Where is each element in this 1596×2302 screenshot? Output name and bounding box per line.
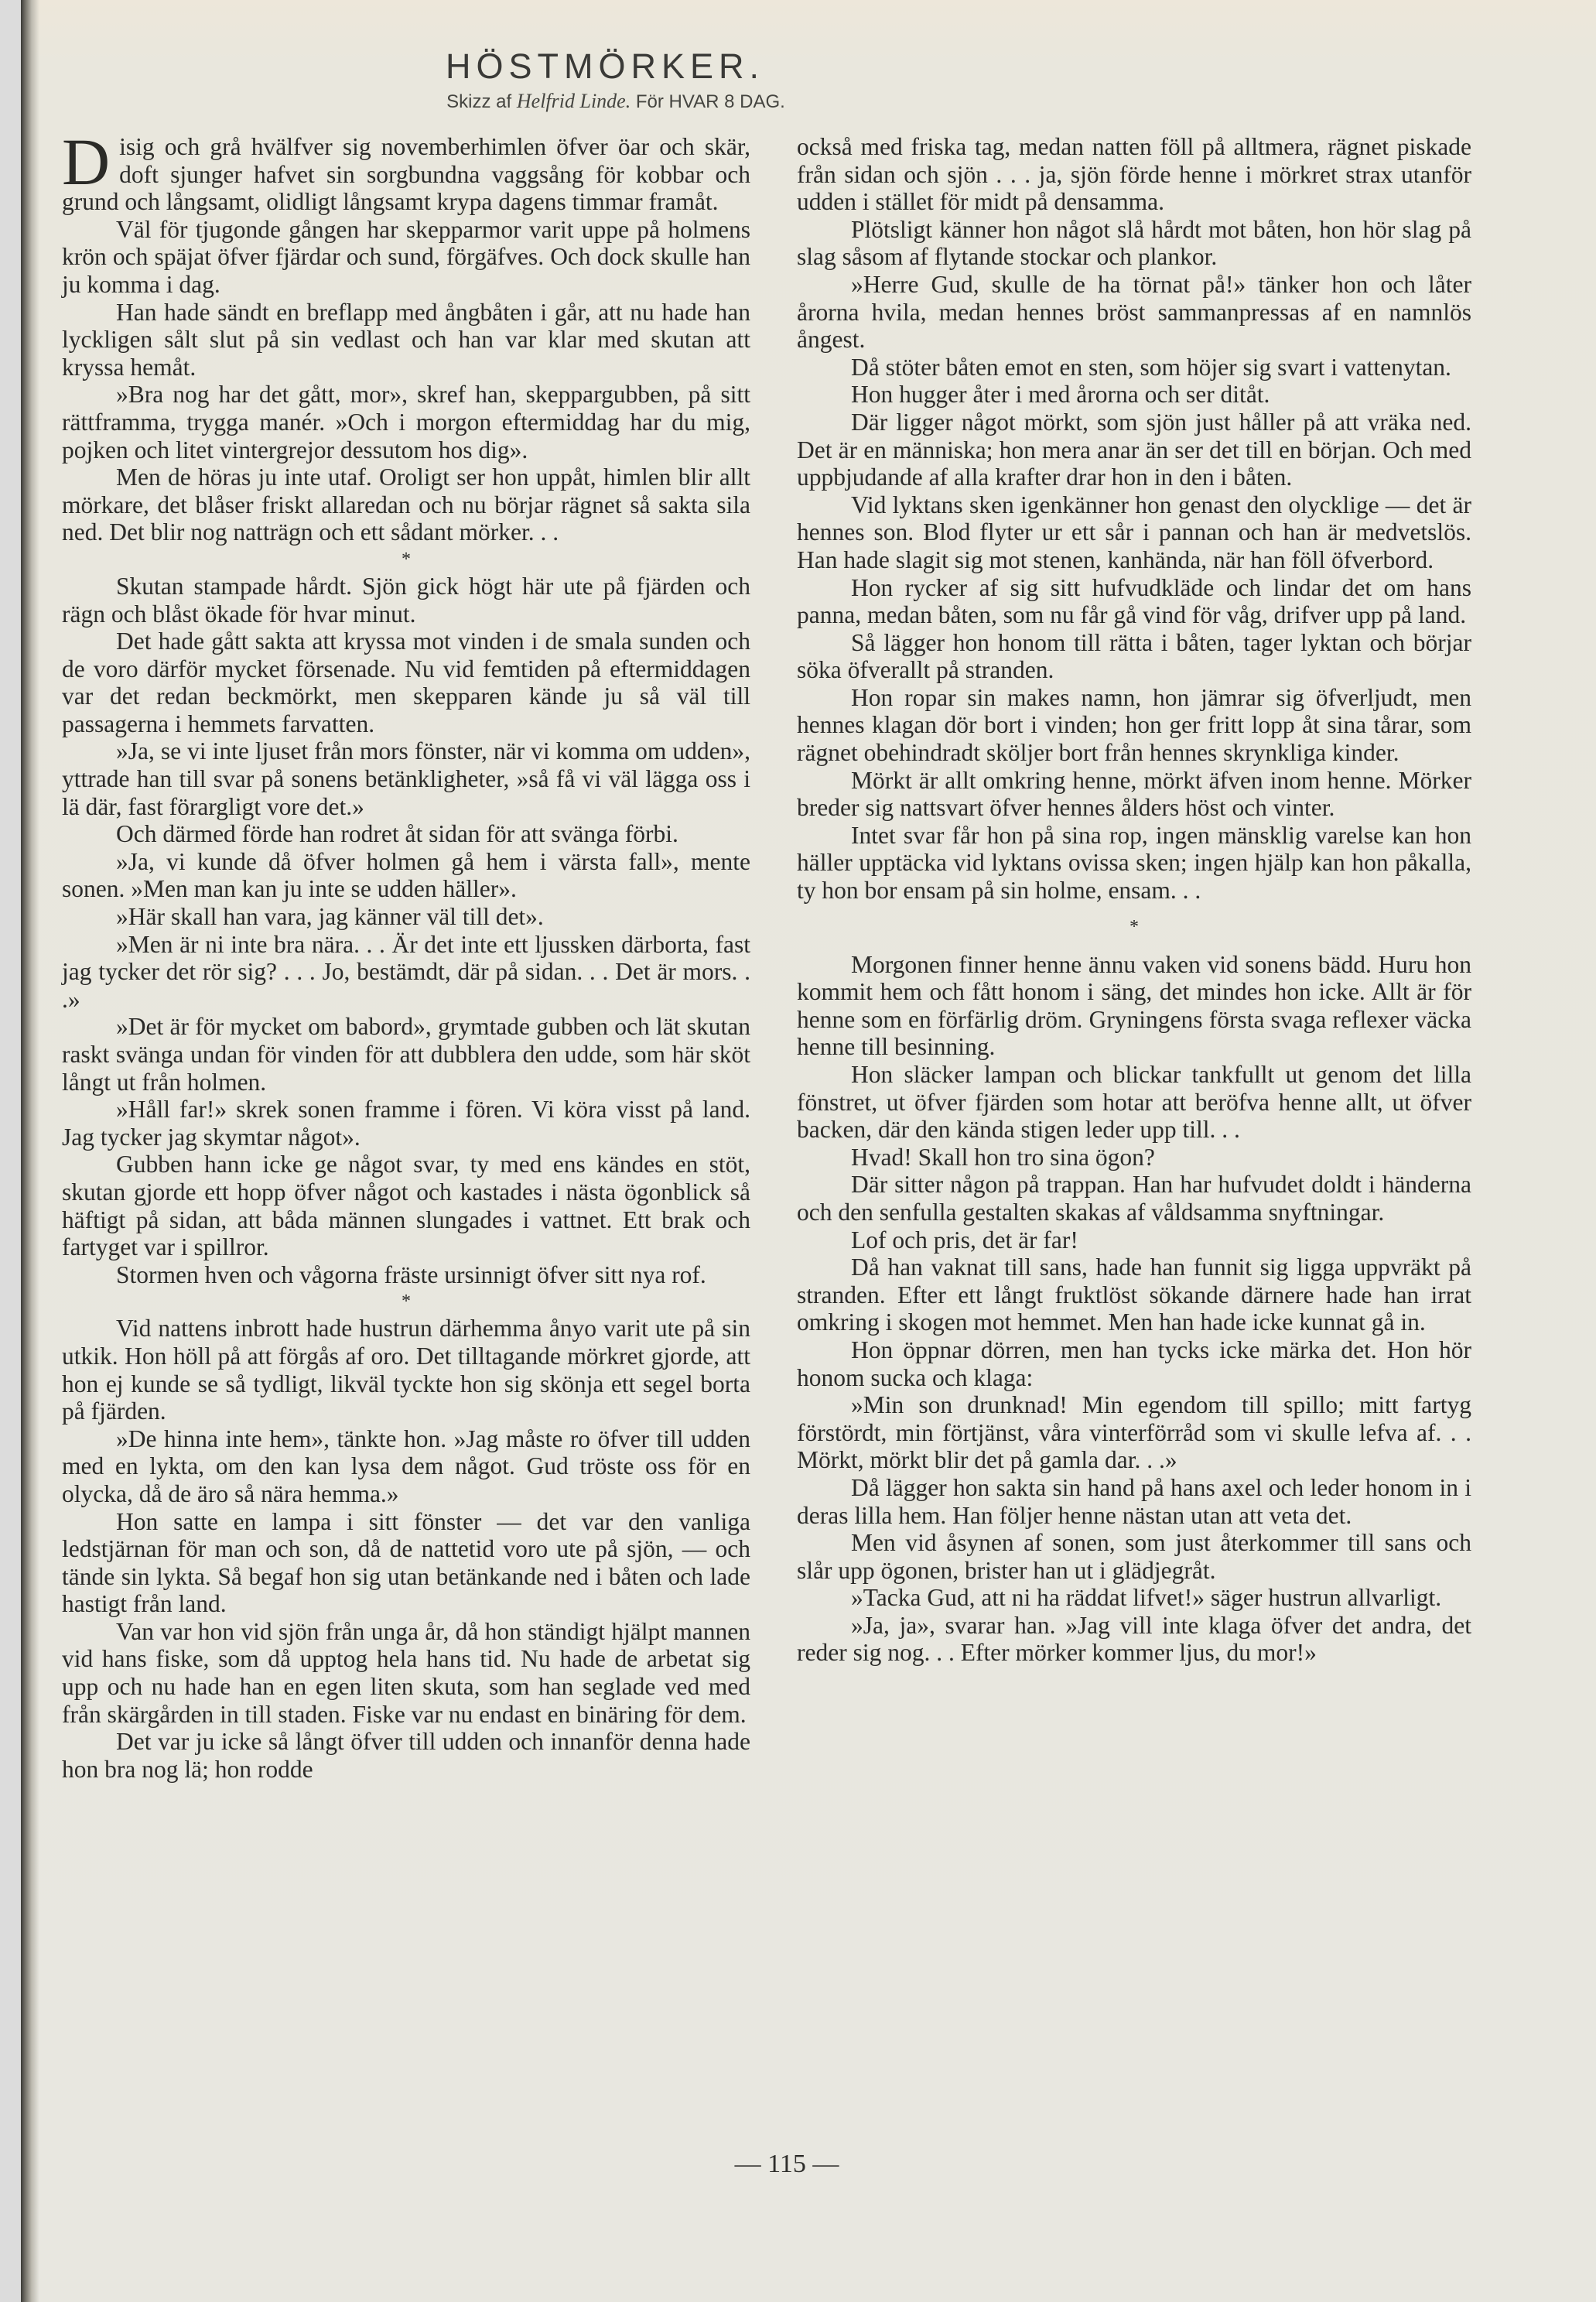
article-paragraph: Hon öppnar dörren, men han tycks icke mä… <box>797 1336 1471 1391</box>
article-paragraph: Morgonen finner henne ännu vaken vid son… <box>797 951 1471 1061</box>
right-text-column: också med friska tag, medan natten föll … <box>797 133 1471 1667</box>
drop-cap: D <box>62 136 110 187</box>
scan-margin <box>0 0 21 2302</box>
article-paragraph: Hon satte en lampa i sitt fönster — det … <box>62 1508 750 1618</box>
article-title: HÖSTMÖRKER. <box>21 46 1189 87</box>
article-paragraph: »Här skall han vara, jag känner väl till… <box>62 903 750 931</box>
paragraph-text: isig och grå hvälfver sig novemberhimlen… <box>62 133 750 215</box>
article-paragraph: Där ligger något mörkt, som sjön just hå… <box>797 409 1471 491</box>
article-paragraph: Och därmed förde han rodret åt sidan för… <box>62 820 750 848</box>
article-paragraph: Mörkt är allt omkring henne, mörkt äfven… <box>797 767 1471 822</box>
article-paragraph: Vid lyktans sken igenkänner hon genast d… <box>797 491 1471 574</box>
article-paragraph: Det var ju icke så långt öfver till udde… <box>62 1728 750 1783</box>
magazine-page: HÖSTMÖRKER. Skizz af Helfrid Linde. För … <box>21 0 1596 2302</box>
article-paragraph: Plötsligt känner hon något slå hårdt mot… <box>797 216 1471 271</box>
article-paragraph: »Håll far!» skrek sonen framme i fören. … <box>62 1096 750 1151</box>
article-paragraph: Gubben hann icke ge något svar, ty med e… <box>62 1151 750 1260</box>
byline-prefix: Skizz af <box>446 91 517 112</box>
section-break-asterisk: * <box>797 915 1471 939</box>
article-paragraph: Då han vaknat till sans, hade han funnit… <box>797 1254 1471 1336</box>
article-paragraph: Vid nattens inbrott hade hustrun därhemm… <box>62 1315 750 1425</box>
article-paragraph: också med friska tag, medan natten föll … <box>797 133 1471 216</box>
article-paragraph: Men vid åsynen af sonen, som just återko… <box>797 1529 1471 1584</box>
section-break-asterisk: * <box>62 1290 750 1313</box>
article-paragraph: Så lägger hon honom till rätta i båten, … <box>797 629 1471 684</box>
article-paragraph: Intet svar får hon på sina rop, ingen mä… <box>797 822 1471 905</box>
page-binding-shadow <box>21 0 39 2302</box>
article-paragraph: »Herre Gud, skulle de ha törnat på!» tän… <box>797 271 1471 354</box>
author-name: Helfrid Linde. <box>517 90 631 112</box>
article-paragraph: Där sitter någon på trappan. Han har huf… <box>797 1171 1471 1226</box>
article-paragraph: »Min son drunknad! Min egendom till spil… <box>797 1391 1471 1474</box>
article-paragraph: Hon släcker lampan och blickar tankfullt… <box>797 1061 1471 1144</box>
article-paragraph: »Ja, vi kunde då öfver holmen gå hem i v… <box>62 848 750 903</box>
left-text-column: Disig och grå hvälfver sig novemberhimle… <box>62 133 750 1783</box>
article-paragraph: »De hinna inte hem», tänkte hon. »Jag må… <box>62 1425 750 1508</box>
article-byline: Skizz af Helfrid Linde. För HVAR 8 DAG. <box>21 90 1211 113</box>
article-paragraph: »Det är för mycket om babord», grymtade … <box>62 1013 750 1096</box>
article-paragraph: Hvad! Skall hon tro sina ögon? <box>797 1144 1471 1172</box>
article-paragraph: »Ja, ja», svarar han. »Jag vill inte kla… <box>797 1612 1471 1667</box>
article-paragraph: Lof och pris, det är far! <box>797 1226 1471 1254</box>
article-paragraph: Då lägger hon sakta sin hand på hans axe… <box>797 1474 1471 1529</box>
article-paragraph: Skutan stampade hårdt. Sjön gick högt hä… <box>62 573 750 628</box>
article-paragraph: Väl för tjugonde gången har skepparmor v… <box>62 216 750 299</box>
article-paragraph: Van var hon vid sjön från unga år, då ho… <box>62 1618 750 1728</box>
section-break-asterisk: * <box>62 548 750 571</box>
article-paragraph: Disig och grå hvälfver sig novemberhimle… <box>62 133 750 216</box>
source-credit: För HVAR 8 DAG. <box>631 91 785 112</box>
page-number: — 115 — <box>694 2150 880 2179</box>
article-paragraph: Då stöter båten emot en sten, som höjer … <box>797 354 1471 381</box>
article-paragraph: Han hade sändt en breflapp med ångbåten … <box>62 299 750 381</box>
article-paragraph: Hon ropar sin makes namn, hon jämrar sig… <box>797 684 1471 767</box>
article-paragraph: Hon hugger åter i med årorna och ser dit… <box>797 381 1471 409</box>
article-paragraph: Men de höras ju inte utaf. Oroligt ser h… <box>62 463 750 546</box>
article-paragraph: Hon rycker af sig sitt hufvudkläde och l… <box>797 574 1471 629</box>
article-paragraph: »Bra nog har det gått, mor», skref han, … <box>62 381 750 463</box>
article-paragraph: Det hade gått sakta att kryssa mot vinde… <box>62 628 750 737</box>
article-paragraph: »Ja, se vi inte ljuset från mors fönster… <box>62 737 750 820</box>
article-paragraph: »Tacka Gud, att ni ha räddat lifvet!» sä… <box>797 1584 1471 1612</box>
article-paragraph: »Men är ni inte bra nära. . . Är det int… <box>62 931 750 1014</box>
article-paragraph: Stormen hven och vågorna fräste ursinnig… <box>62 1261 750 1289</box>
